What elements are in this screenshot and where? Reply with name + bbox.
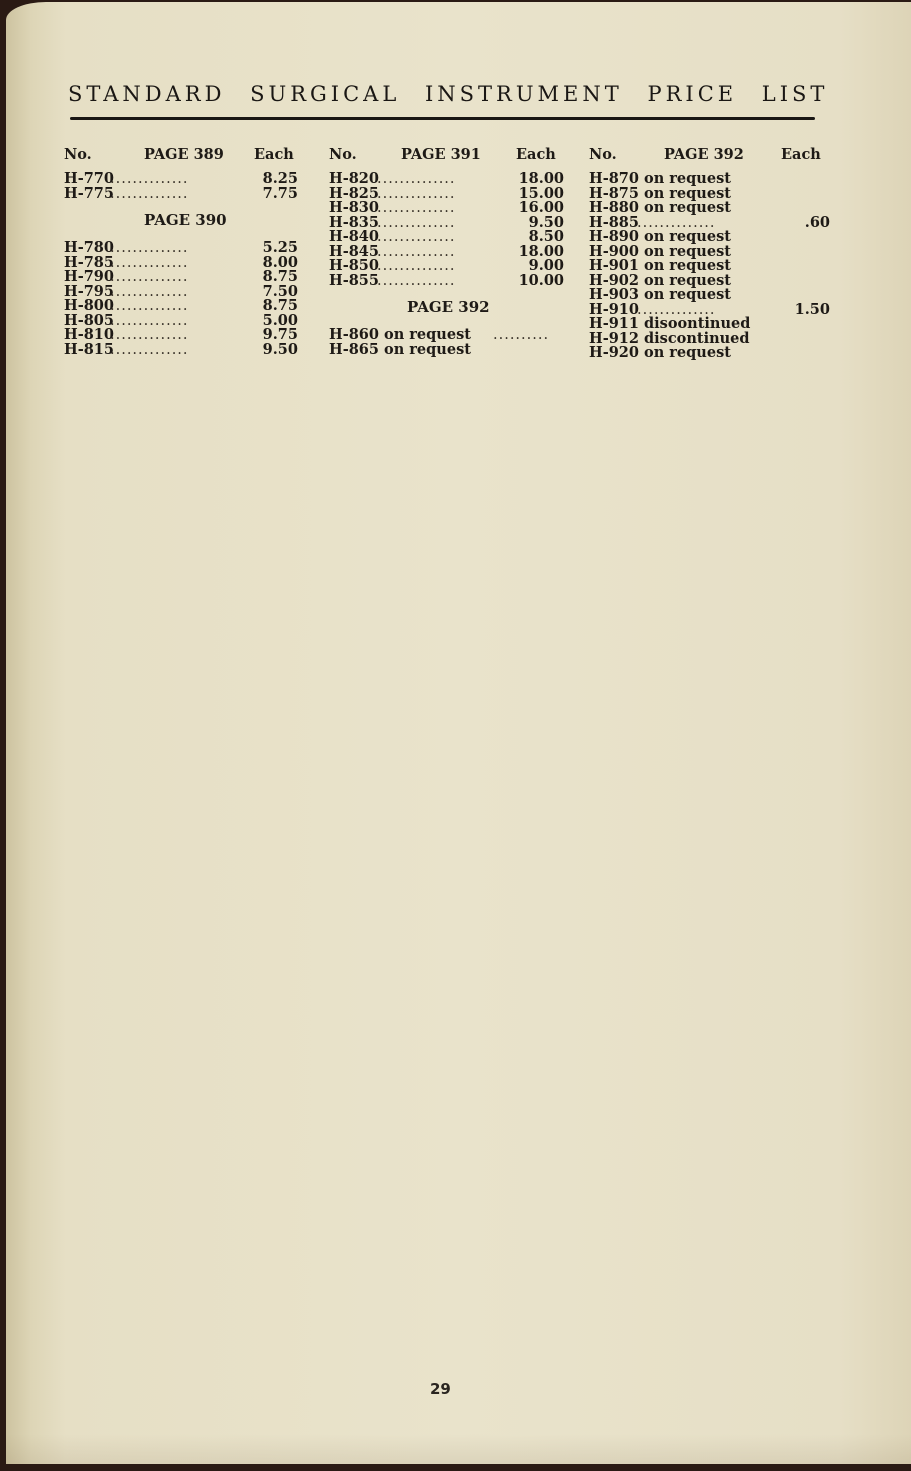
column-header: No.PAGE 392Each [589,148,824,172]
title-word: LIST [762,82,829,106]
item-code: H-865 on request [329,343,471,358]
leader-dots: .............. [110,343,189,358]
leader-dots: .............. [377,259,456,274]
item-price: 9.50 [263,343,298,358]
leader-dots: .............. [110,270,189,285]
leader-dots: .............. [110,299,189,314]
table-row: H-855..............10.00 [329,274,564,289]
leader-dots: .............. [377,274,456,289]
table-row: H-815..............9.50 [64,343,304,358]
column-header: No.PAGE 391Each [329,148,564,172]
header-page: PAGE 389 [144,148,224,163]
leader-dots: .......... [493,328,549,343]
subheading-text: PAGE 392 [407,300,490,315]
leader-dots: .............. [110,172,189,187]
title-word: STANDARD [68,82,225,106]
item-price: 10.00 [519,274,564,289]
header-page: PAGE 392 [664,148,744,163]
header-no: No. [329,148,357,163]
title-word: INSTRUMENT [425,82,623,106]
header-no: No. [64,148,92,163]
title-rule [70,117,815,120]
page-title: STANDARD SURGICAL INSTRUMENT PRICE LIST [68,82,828,106]
header-each: Each [254,148,294,163]
leader-dots: .............. [110,256,189,271]
item-code: H-775 [64,187,114,202]
leader-dots: .............. [110,314,189,329]
item-code: H-815 [64,343,114,358]
title-word: PRICE [647,82,737,106]
leader-dots: .............. [377,187,456,202]
leader-dots: .............. [377,216,456,231]
item-price: 7.75 [263,187,298,202]
item-code: H-920 on request [589,346,731,361]
leader-dots: .............. [377,201,456,216]
leader-dots: .............. [110,241,189,256]
section-subheading: PAGE 392 [329,288,564,328]
subheading-text: PAGE 390 [144,213,227,228]
header-each: Each [781,148,821,163]
column-header: No.PAGE 389Each [64,148,304,172]
table-row: H-920 on request [589,346,824,361]
document-page: STANDARD SURGICAL INSTRUMENT PRICE LIST … [6,2,911,1464]
header-page: PAGE 391 [401,148,481,163]
leader-dots: .............. [377,245,456,260]
table-row: H-775..............7.75 [64,187,304,202]
page-number: 29 [430,1380,451,1398]
price-column: No.PAGE 391EachH-820..............18.00H… [329,148,564,357]
item-price: .60 [805,216,830,231]
price-column: No.PAGE 392EachH-870 on requestH-875 on … [589,148,824,361]
header-each: Each [516,148,556,163]
leader-dots: .............. [110,285,189,300]
leader-dots: .............. [377,172,456,187]
item-price: 1.50 [795,303,830,318]
table-row: H-865 on request [329,343,564,358]
price-column: No.PAGE 389EachH-770..............8.25H-… [64,148,304,357]
header-no: No. [589,148,617,163]
leader-dots: .............. [377,230,456,245]
item-code: H-855 [329,274,379,289]
title-word: SURGICAL [250,82,400,106]
section-subheading: PAGE 390 [64,201,304,241]
leader-dots: .............. [110,187,189,202]
leader-dots: .............. [110,328,189,343]
